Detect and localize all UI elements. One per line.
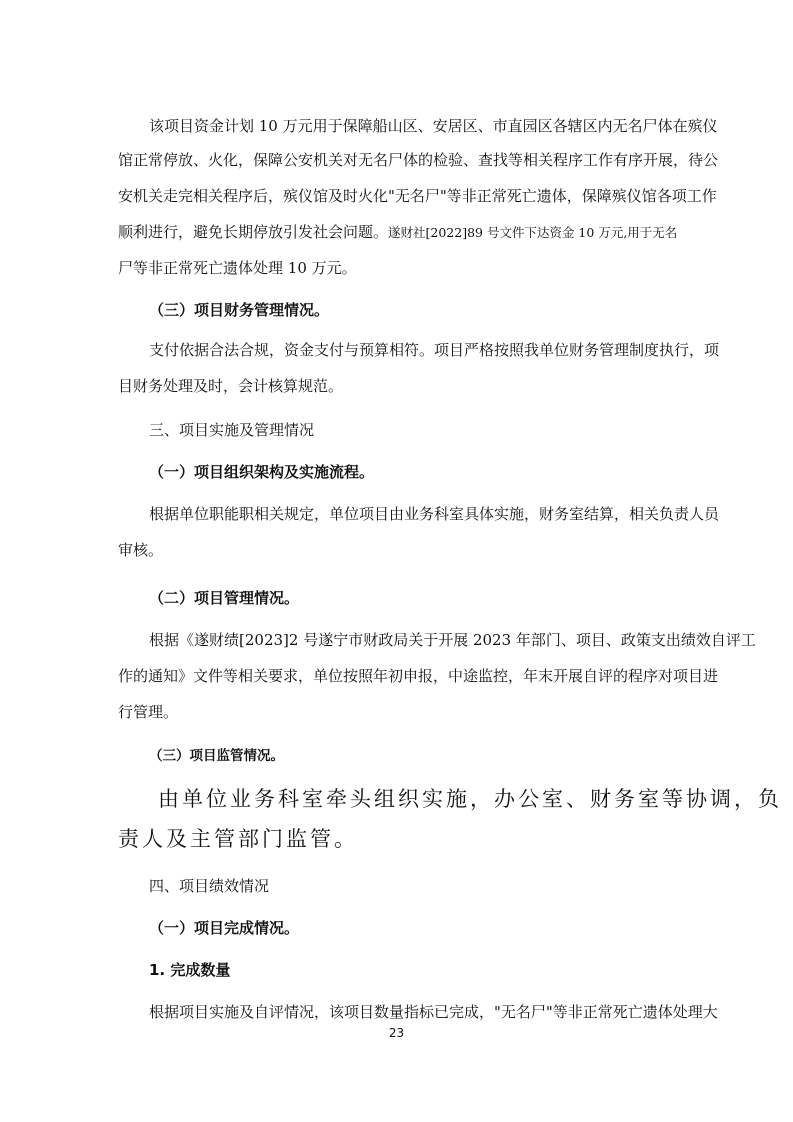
section-title: 三、项目实施及管理情况 bbox=[149, 420, 314, 440]
section-title: 四、项目绩效情况 bbox=[149, 876, 269, 896]
page-number: 23 bbox=[0, 1026, 793, 1040]
paragraph-text: 顺利进行，避免长期停放引发社会问题。 bbox=[118, 223, 388, 241]
paragraph-line: 馆正常停放、火化，保障公安机关对无名尸体的检验、查找等相关程序工作有序开展，待公 bbox=[118, 150, 718, 170]
paragraph-line: 安机关走完相关程序后，殡仪馆及时火化"无名尸"等非正常死亡遗体，保障殡仪馆各项工… bbox=[118, 186, 717, 206]
paragraph-line: 顺利进行，避免长期停放引发社会问题。遂财社[2022]89 号文件下达资金 10… bbox=[118, 222, 677, 243]
section-heading: （三）项目财务管理情况。 bbox=[149, 300, 329, 320]
paragraph-line: 根据《遂财绩[2023]2 号遂宁市财政局关于开展 2023 年部门、项目、政策… bbox=[149, 630, 756, 650]
paragraph-line: 行管理。 bbox=[118, 702, 178, 722]
paragraph-line: 目财务处理及时，会计核算规范。 bbox=[118, 376, 343, 396]
section-heading: （三）项目监管情况。 bbox=[149, 746, 284, 766]
paragraph-line: 支付依据合法合规，资金支付与预算相符。项目严格按照我单位财务管理制度执行，项 bbox=[149, 340, 719, 360]
paragraph-line: 由单位业务科室牵头组织实施，办公室、财务室等协调，负 bbox=[158, 786, 782, 812]
paragraph-line: 责人及主管部门监管。 bbox=[118, 826, 358, 852]
paragraph-line: 作的通知》文件等相关要求，单位按照年初申报，中途监控，年末开展自评的程序对项目进 bbox=[118, 666, 718, 686]
paragraph-text-reference: 遂财社[2022]89 号文件下达资金 10 万元,用于无名 bbox=[388, 225, 677, 240]
paragraph-line: 审核。 bbox=[118, 540, 163, 560]
section-heading: （二）项目管理情况。 bbox=[149, 588, 299, 608]
section-heading: （一）项目组织架构及实施流程。 bbox=[149, 462, 374, 482]
section-heading: （一）项目完成情况。 bbox=[149, 918, 299, 938]
paragraph-line: 该项目资金计划 10 万元用于保障船山区、安居区、市直园区各辖区内无名尸体在殡仪 bbox=[149, 116, 718, 136]
paragraph-line: 根据项目实施及自评情况，该项目数量指标已完成，"无名尸"等非正常死亡遗体处理大 bbox=[149, 1002, 718, 1022]
paragraph-line: 尸等非正常死亡遗体处理 10 万元。 bbox=[118, 258, 357, 278]
paragraph-line: 根据单位职能职相关规定，单位项目由业务科室具体实施，财务室结算，相关负责人员 bbox=[149, 504, 719, 524]
subsection-title: 1. 完成数量 bbox=[149, 960, 230, 980]
